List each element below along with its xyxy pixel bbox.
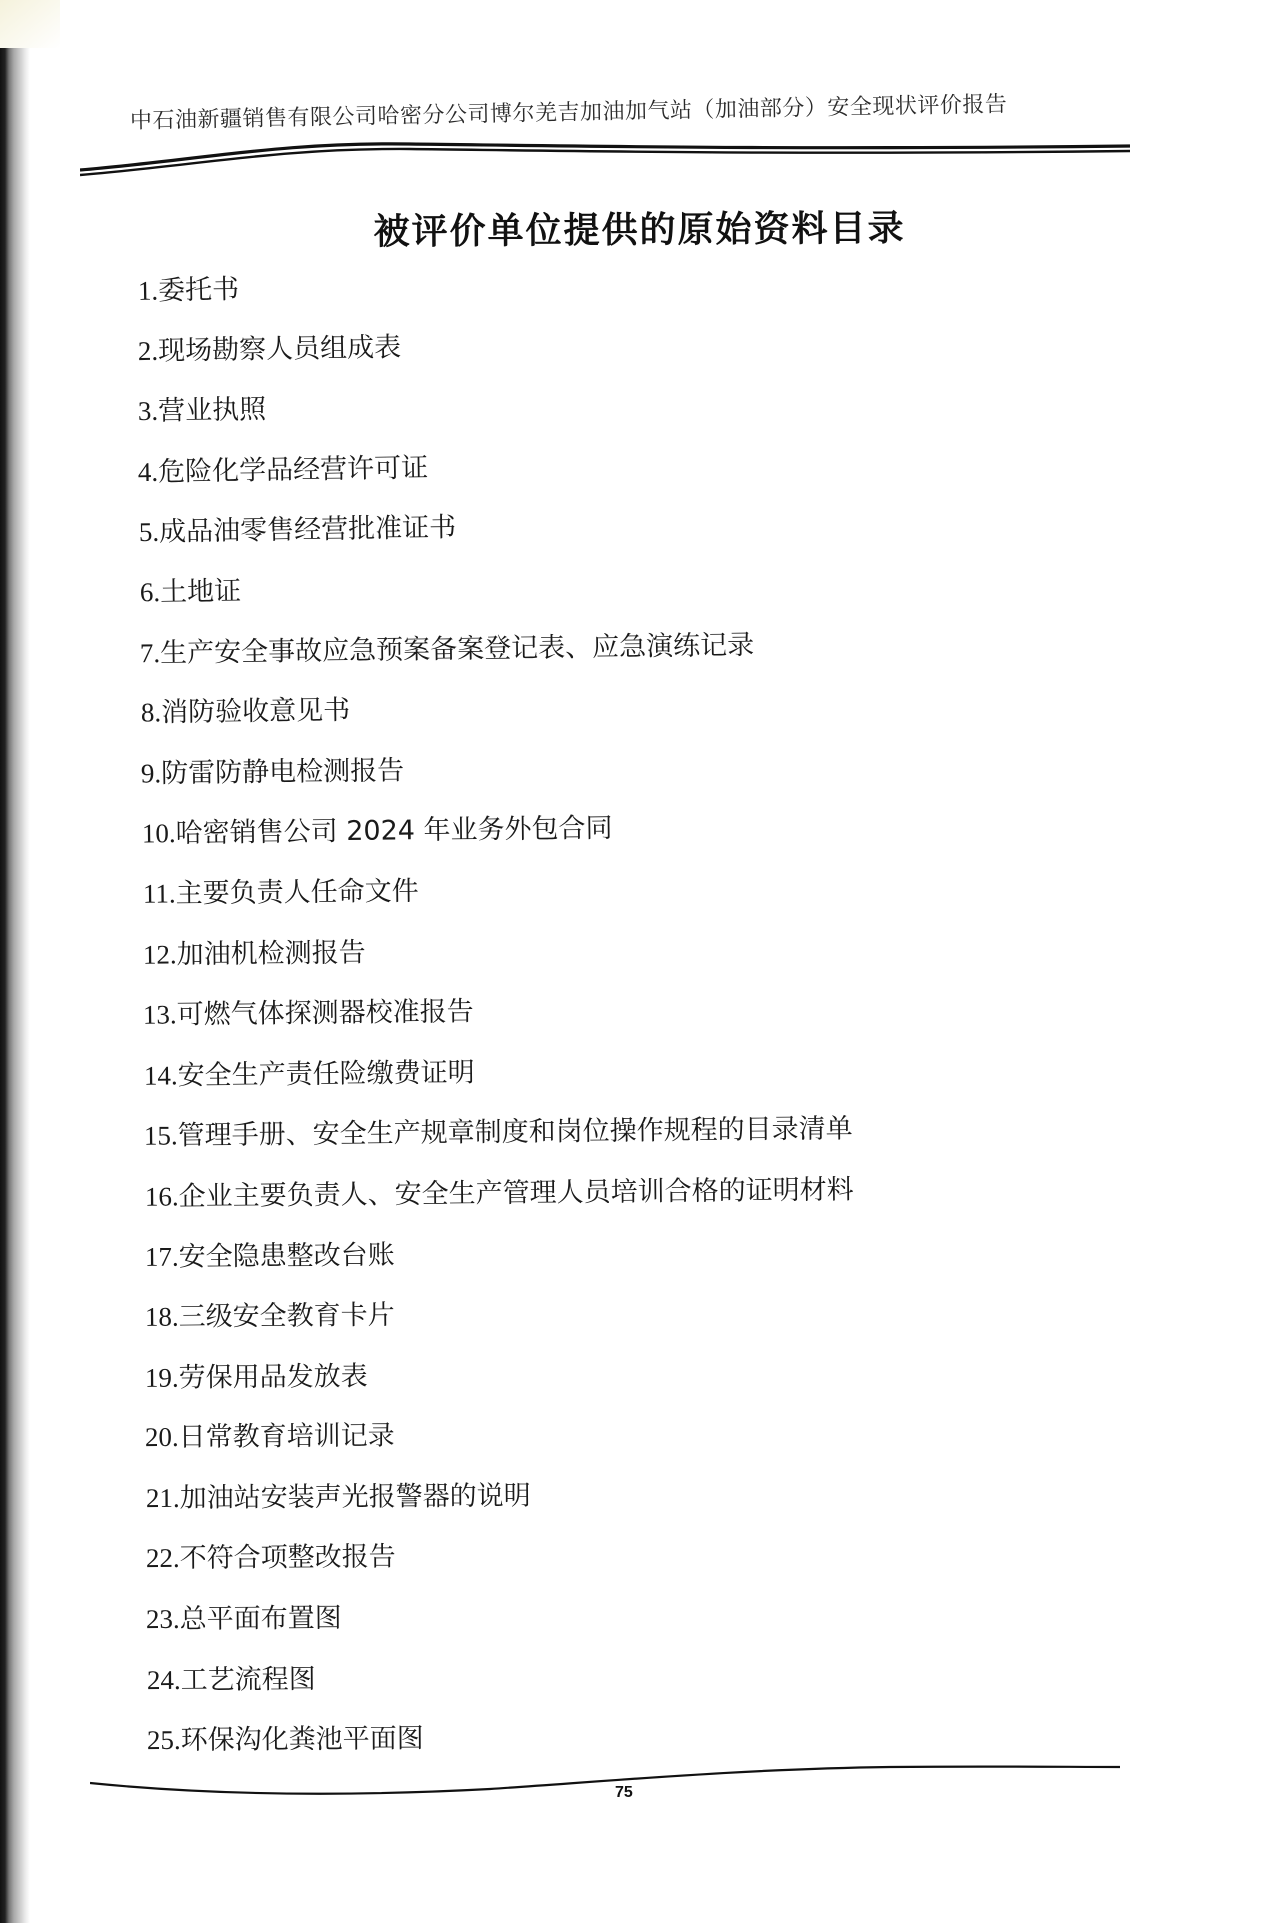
item-text: 营业执照 — [158, 394, 266, 427]
item-text: 加油站安装声光报警器的说明 — [180, 1480, 531, 1513]
item-text: 成品油零售经营批准证书 — [159, 512, 456, 548]
item-text: 环保沟化粪池平面图 — [181, 1723, 424, 1756]
list-item: 23.总平面布置图 — [146, 1592, 1046, 1659]
item-number: 9. — [141, 758, 162, 788]
item-number: 19. — [145, 1362, 179, 1392]
list-item: 16.企业主要负责人、安全生产管理人员培训合格的证明材料 — [145, 1166, 1046, 1236]
item-number: 1. — [138, 276, 159, 306]
list-item: 11.主要负责人任命文件 — [143, 863, 1044, 933]
item-number: 3. — [138, 396, 159, 426]
list-item: 14.安全生产责任险缴费证明 — [144, 1045, 1045, 1115]
list-item: 10.哈密销售公司 2024 年业务外包合同 — [142, 802, 1043, 874]
list-item: 13.可燃气体探测器校准报告 — [143, 984, 1044, 1054]
item-text: 哈密销售公司 2024 年业务外包合同 — [175, 813, 612, 849]
list-item: 9.防雷防静电检测报告 — [141, 741, 1042, 813]
item-text: 土地证 — [160, 576, 241, 608]
item-number: 8. — [141, 697, 162, 727]
list-item: 21.加油站安装声光报警器的说明 — [146, 1471, 1046, 1538]
item-number: 24. — [147, 1665, 181, 1695]
materials-list: 1.委托书 2.现场勘察人员组成表 3.营业执照 4.危险化学品经营许可证 5.… — [140, 262, 1040, 1777]
item-number: 13. — [143, 999, 177, 1029]
item-number: 14. — [144, 1060, 178, 1090]
list-item: 12.加油机检测报告 — [143, 924, 1044, 994]
item-number: 4. — [138, 457, 159, 487]
item-text: 安全生产责任险缴费证明 — [178, 1057, 475, 1091]
item-number: 22. — [146, 1543, 180, 1573]
list-item: 18.三级安全教育卡片 — [145, 1288, 1045, 1356]
list-item: 19.劳保用品发放表 — [145, 1349, 1045, 1417]
list-item: 8.消防验收意见书 — [141, 681, 1042, 753]
item-text: 生产安全事故应急预案备案登记表、应急演练记录 — [160, 629, 754, 668]
item-number: 7. — [140, 638, 161, 668]
item-text: 日常教育培训记录 — [179, 1421, 395, 1454]
item-number: 21. — [146, 1483, 180, 1513]
footer-divider — [90, 1765, 1120, 1805]
item-text: 工艺流程图 — [181, 1664, 316, 1696]
item-number: 18. — [145, 1302, 179, 1332]
item-text: 现场勘察人员组成表 — [158, 332, 401, 367]
item-number: 2. — [138, 335, 159, 365]
item-text: 主要负责人任命文件 — [176, 876, 419, 910]
item-text: 三级安全教育卡片 — [179, 1300, 395, 1333]
list-item: 17.安全隐患整改台账 — [145, 1228, 1045, 1296]
item-text: 安全隐患整改台账 — [179, 1239, 395, 1272]
header-divider — [80, 138, 1130, 178]
item-text: 总平面布置图 — [180, 1603, 342, 1635]
list-item: 20.日常教育培训记录 — [145, 1410, 1045, 1477]
item-number: 17. — [145, 1241, 179, 1271]
running-header: 中石油新疆销售有限公司哈密分公司博尔羌吉加油加气站（加油部分）安全现状评价报告 — [130, 86, 1080, 135]
scan-corner-tint — [0, 0, 60, 48]
item-text: 消防验收意见书 — [161, 695, 350, 728]
item-number: 6. — [140, 577, 161, 607]
item-number: 25. — [147, 1725, 181, 1755]
item-text: 委托书 — [158, 274, 240, 306]
item-text: 加油机检测报告 — [177, 937, 366, 970]
item-number: 15. — [144, 1121, 178, 1151]
item-number: 5. — [139, 517, 160, 547]
item-text: 危险化学品经营许可证 — [158, 452, 428, 487]
item-number: 20. — [145, 1422, 179, 1452]
book-binding-edge — [0, 48, 30, 1923]
item-number: 16. — [145, 1181, 179, 1211]
item-text: 不符合项整改报告 — [180, 1542, 396, 1575]
page-number: 75 — [615, 1784, 633, 1802]
list-item: 22.不符合项整改报告 — [146, 1531, 1046, 1598]
item-text: 防雷防静电检测报告 — [161, 755, 404, 789]
item-text: 可燃气体探测器校准报告 — [177, 996, 474, 1030]
list-item: 24.工艺流程图 — [147, 1653, 1047, 1720]
item-text: 企业主要负责人、安全生产管理人员培训合格的证明材料 — [179, 1174, 854, 1212]
document-title: 被评价单位提供的原始资料目录 — [0, 198, 1279, 258]
item-text: 劳保用品发放表 — [179, 1361, 368, 1394]
item-text: 管理手册、安全生产规章制度和岗位操作规程的目录清单 — [178, 1114, 853, 1152]
item-number: 23. — [146, 1604, 180, 1634]
item-number: 11. — [143, 878, 176, 908]
item-number: 12. — [143, 939, 177, 969]
item-number: 10. — [142, 818, 176, 848]
list-item: 15.管理手册、安全生产规章制度和岗位操作规程的目录清单 — [144, 1106, 1045, 1176]
